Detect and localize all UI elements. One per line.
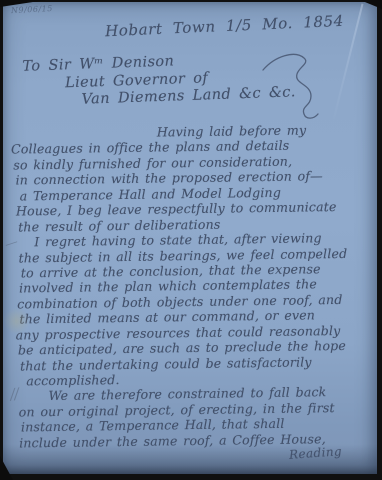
scanned-letter-page: N9/06/15 Hobart Town 1/5 Mo. 1854 To Sir… bbox=[0, 0, 382, 480]
letter-body: Having laid before my Colleagues in offi… bbox=[7, 121, 382, 450]
blue-paper-sheet: N9/06/15 Hobart Town 1/5 Mo. 1854 To Sir… bbox=[3, 2, 377, 474]
ink-flourish bbox=[261, 46, 333, 124]
recipient-block: To Sir Wᵐ Denison Lieut Governor of Van … bbox=[22, 49, 296, 111]
paper-stain bbox=[3, 308, 31, 334]
dateline: Hobart Town 1/5 Mo. 1854 bbox=[105, 12, 344, 40]
archival-annotation: N9/06/15 bbox=[11, 4, 53, 15]
catchword: Reading bbox=[289, 444, 343, 462]
